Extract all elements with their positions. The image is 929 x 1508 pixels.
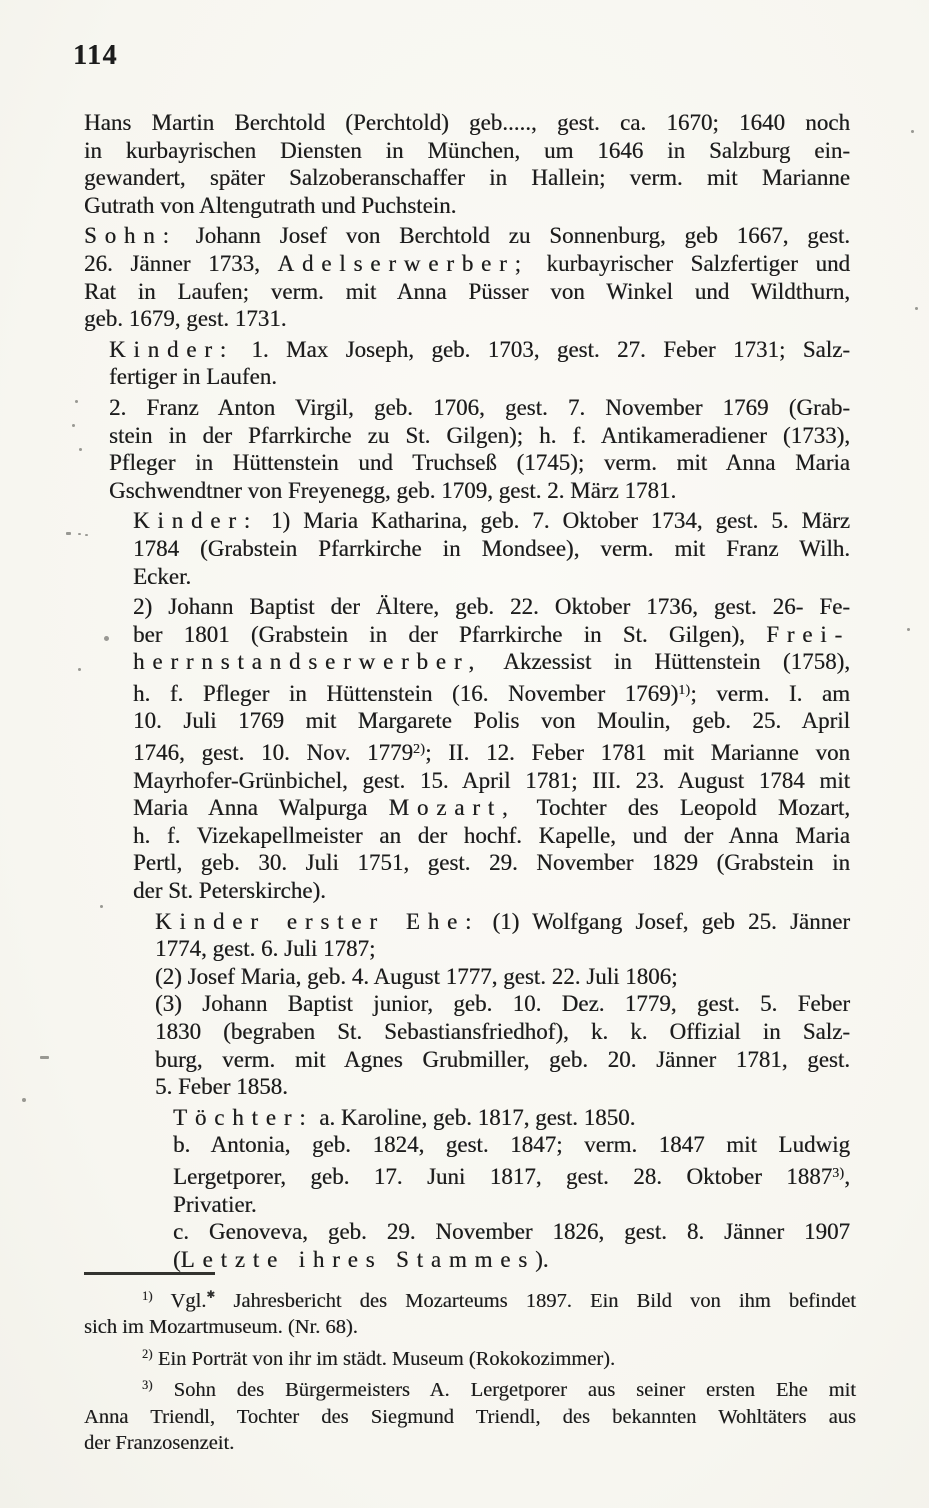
text-segment: Vgl.: [153, 1290, 207, 1312]
paragraph: Hans Martin Berchtold (Perchtold) geb...…: [84, 109, 850, 219]
text-segment: burg, verm. mit Agnes Grubmiller, geb. 2…: [155, 1047, 850, 1072]
text-segment: (2) Josef Maria, geb. 4. August 1777, ge…: [155, 964, 678, 989]
ink-blot-mark: ✱: [206, 1290, 215, 1301]
text-line: (3) Johann Baptist junior, geb. 10. Dez.…: [155, 990, 850, 1018]
text-segment: ; II. 12. Feber 1781 mit Marianne von: [425, 740, 850, 765]
text-line: der St. Peterskirche).: [133, 877, 850, 905]
text-line: burg, verm. mit Agnes Grubmiller, geb. 2…: [155, 1046, 850, 1074]
text-line: h. f. Pfleger in Hüttenstein (16. Novemb…: [133, 676, 850, 708]
text-line: 1774, gest. 6. Juli 1787;: [155, 935, 850, 963]
text-line: Privatier.: [173, 1191, 850, 1219]
text-segment: Anna Triendl, Tochter des Siegmund Trien…: [84, 1406, 856, 1428]
text-segment: in kurbayrischen Diensten in München, um…: [84, 138, 850, 163]
text-segment: a. Karoline, geb. 1817, gest. 1850.: [313, 1105, 635, 1130]
ink-speck: [40, 1056, 49, 1059]
text-segment: geb. 1679, gest. 1731.: [84, 306, 287, 331]
text-line: herrnstandserwerber, Akzessist in Hütten…: [133, 648, 850, 676]
footnote-divider-rule: [84, 1272, 215, 1275]
letterspaced-emphasis: Kinder erster Ehe:: [155, 909, 479, 934]
text-segment: Hans Martin Berchtold (Perchtold) geb...…: [84, 110, 850, 135]
text-line: Hans Martin Berchtold (Perchtold) geb...…: [84, 109, 850, 137]
text-line: fertiger in Laufen.: [109, 363, 850, 391]
text-segment: c. Genoveva, geb. 29. November 1826, ges…: [173, 1219, 850, 1244]
text-segment: (: [173, 1247, 181, 1272]
text-line: Lergetporer, geb. 17. Juni 1817, gest. 2…: [173, 1159, 850, 1191]
text-segment: h. f. Pfleger in Hüttenstein (16. Novemb…: [133, 681, 678, 706]
text-line: Töchter: a. Karoline, geb. 1817, gest. 1…: [173, 1104, 850, 1132]
text-line: Anna Triendl, Tochter des Siegmund Trien…: [84, 1404, 856, 1431]
ink-speck: [75, 400, 78, 403]
text-segment: 1. Max Joseph, geb. 1703, gest. 27. Febe…: [234, 337, 850, 362]
text-line: Maria Anna Walpurga Mozart, Tochter des …: [133, 794, 850, 822]
text-line: 1784 (Grabstein Pfarrkirche in Mondsee),…: [133, 535, 850, 563]
text-segment: der St. Peterskirche).: [133, 878, 326, 903]
text-line: h. f. Vizekapellmeister an der hochf. Ka…: [133, 822, 850, 850]
text-segment: 2. Franz Anton Virgil, geb. 1706, gest. …: [109, 395, 850, 420]
letterspaced-emphasis: Töchter:: [173, 1105, 313, 1130]
text-line: stein in der Pfarrkirche zu St. Gilgen);…: [109, 422, 850, 450]
text-segment: 5. Feber 1858.: [155, 1074, 288, 1099]
letterspaced-emphasis: Kinder:: [133, 508, 258, 533]
paragraph: 2. Franz Anton Virgil, geb. 1706, gest. …: [109, 394, 850, 504]
text-segment: Rat in Laufen; verm. mit Anna Püsser von…: [84, 279, 850, 304]
text-line: 10. Juli 1769 mit Margarete Polis von Mo…: [133, 707, 850, 735]
letterspaced-emphasis: Sohn:: [84, 223, 177, 248]
footnote-item: 1) Vgl.✱ Jahresbericht des Mozarteums 18…: [84, 1283, 856, 1341]
paragraph: 2) Johann Baptist der Ältere, geb. 22. O…: [133, 593, 850, 905]
text-line: Kinder: 1. Max Joseph, geb. 1703, gest. …: [109, 336, 850, 364]
text-line: b. Antonia, geb. 1824, gest. 1847; verm.…: [173, 1131, 850, 1159]
text-line: sich im Mozartmuseum. (Nr. 68).: [84, 1314, 856, 1341]
ink-speck: [85, 534, 88, 536]
text-segment: der Franzosenzeit.: [84, 1432, 234, 1454]
footnote-reference: 2): [142, 1347, 153, 1361]
text-line: 2. Franz Anton Virgil, geb. 1706, gest. …: [109, 394, 850, 422]
footnote-reference: 3): [832, 1165, 844, 1180]
text-body: Hans Martin Berchtold (Perchtold) geb...…: [84, 109, 850, 1276]
text-segment: ).: [535, 1247, 548, 1272]
text-segment: h. f. Vizekapellmeister an der hochf. Ka…: [133, 823, 850, 848]
text-line: Pertl, geb. 30. Juli 1751, gest. 29. Nov…: [133, 849, 850, 877]
text-line: 2) Johann Baptist der Ältere, geb. 22. O…: [133, 593, 850, 621]
ink-speck: [66, 532, 71, 535]
text-line: in kurbayrischen Diensten in München, um…: [84, 137, 850, 165]
text-segment: stein in der Pfarrkirche zu St. Gilgen);…: [109, 423, 850, 448]
text-segment: 26. Jänner 1733,: [84, 251, 278, 276]
letterspaced-emphasis: Adelserwerber;: [278, 251, 529, 276]
text-segment: Gutrath von Altengutrath und Puchstein.: [84, 193, 456, 218]
text-segment: Gschwendtner von Freyenegg, geb. 1709, g…: [109, 478, 676, 503]
footnote-list: 1) Vgl.✱ Jahresbericht des Mozarteums 18…: [84, 1283, 856, 1457]
text-line: Gutrath von Altengutrath und Puchstein.: [84, 192, 850, 220]
text-segment: 10. Juli 1769 mit Margarete Polis von Mo…: [133, 708, 850, 733]
letterspaced-emphasis: Frei-: [766, 622, 850, 647]
ink-speck: [100, 905, 103, 908]
letterspaced-emphasis: Letzte ihres Stammes: [181, 1247, 535, 1272]
letterspaced-emphasis: Kinder:: [109, 337, 234, 362]
text-line: 1746, gest. 10. Nov. 17792); II. 12. Feb…: [133, 735, 850, 767]
text-segment: 1774, gest. 6. Juli 1787;: [155, 936, 375, 961]
paragraph: Töchter: a. Karoline, geb. 1817, gest. 1…: [173, 1104, 850, 1274]
text-segment: Ein Porträt von ihr im städt. Museum (Ro…: [153, 1348, 615, 1370]
paragraph: Sohn: Johann Josef von Berchtold zu Sonn…: [84, 222, 850, 332]
text-segment: 1784 (Grabstein Pfarrkirche in Mondsee),…: [133, 536, 850, 561]
page-number: 114: [73, 40, 118, 72]
text-line: 26. Jänner 1733, Adelserwerber; kurbayri…: [84, 250, 850, 278]
text-segment: Mayrhofer-Grünbichel, gest. 15. April 17…: [133, 768, 850, 793]
text-line: Kinder erster Ehe: (1) Wolfgang Josef, g…: [155, 908, 850, 936]
text-line: Sohn: Johann Josef von Berchtold zu Sonn…: [84, 222, 850, 250]
text-line: 2) Ein Porträt von ihr im städt. Museum …: [84, 1341, 856, 1373]
text-segment: 1) Maria Katharina, geb. 7. Oktober 1734…: [258, 508, 850, 533]
paragraph: Kinder erster Ehe: (1) Wolfgang Josef, g…: [155, 908, 850, 1101]
letterspaced-emphasis: herrnstandserwerber,: [133, 649, 482, 674]
text-segment: sich im Mozartmuseum. (Nr. 68).: [84, 1316, 358, 1338]
text-line: Kinder: 1) Maria Katharina, geb. 7. Okto…: [133, 507, 850, 535]
text-segment: 1746, gest. 10. Nov. 1779: [133, 740, 413, 765]
text-segment: Tochter des Leopold Mozart,: [516, 795, 850, 820]
text-segment: Sohn des Bürgermeisters A. Lergetporer a…: [153, 1379, 856, 1401]
text-segment: Pfleger in Hüttenstein und Truchseß (174…: [109, 450, 850, 475]
text-line: Rat in Laufen; verm. mit Anna Püsser von…: [84, 278, 850, 306]
paragraph: Kinder: 1) Maria Katharina, geb. 7. Okto…: [133, 507, 850, 590]
ink-speck: [104, 636, 109, 641]
text-segment: Johann Josef von Berchtold zu Sonnenburg…: [177, 223, 850, 248]
footnote-reference: 1): [142, 1289, 153, 1303]
text-segment: (3) Johann Baptist junior, geb. 10. Dez.…: [155, 991, 850, 1016]
text-segment: ,: [844, 1164, 850, 1189]
text-line: 5. Feber 1858.: [155, 1073, 850, 1101]
ink-speck: [907, 628, 910, 631]
text-segment: ber 1801 (Grabstein in der Pfarrkirche i…: [133, 622, 766, 647]
text-line: 1) Vgl.✱ Jahresbericht des Mozarteums 18…: [84, 1283, 856, 1315]
ink-speck: [72, 424, 75, 427]
text-segment: Ecker.: [133, 564, 191, 589]
footnote-item: 3) Sohn des Bürgermeisters A. Lergetpore…: [84, 1372, 856, 1457]
text-segment: Maria Anna Walpurga: [133, 795, 389, 820]
text-segment: kurbayrischer Salzfertiger und: [529, 251, 850, 276]
text-line: der Franzosenzeit.: [84, 1430, 856, 1457]
text-line: (2) Josef Maria, geb. 4. August 1777, ge…: [155, 963, 850, 991]
footnote-item: 2) Ein Porträt von ihr im städt. Museum …: [84, 1341, 856, 1373]
text-segment: Lergetporer, geb. 17. Juni 1817, gest. 2…: [173, 1164, 832, 1189]
text-line: ber 1801 (Grabstein in der Pfarrkirche i…: [133, 621, 850, 649]
footnote-reference: 2): [413, 741, 425, 756]
text-line: Mayrhofer-Grünbichel, gest. 15. April 17…: [133, 767, 850, 795]
text-line: gewandert, später Salzoberanschaffer in …: [84, 164, 850, 192]
ink-speck: [78, 533, 81, 535]
text-line: 1830 (begraben St. Sebastiansfriedhof), …: [155, 1018, 850, 1046]
text-line: Gschwendtner von Freyenegg, geb. 1709, g…: [109, 477, 850, 505]
text-segment: Privatier.: [173, 1192, 257, 1217]
text-segment: b. Antonia, geb. 1824, gest. 1847; verm.…: [173, 1132, 850, 1157]
text-segment: gewandert, später Salzoberanschaffer in …: [84, 165, 850, 190]
paragraph: Kinder: 1. Max Joseph, geb. 1703, gest. …: [109, 336, 850, 391]
text-line: Ecker.: [133, 563, 850, 591]
footnote-reference: 3): [142, 1378, 153, 1392]
text-segment: Pertl, geb. 30. Juli 1751, gest. 29. Nov…: [133, 850, 850, 875]
ink-speck: [78, 668, 81, 671]
footnote-section: 1) Vgl.✱ Jahresbericht des Mozarteums 18…: [84, 1272, 856, 1457]
text-segment: Akzessist in Hüttenstein (1758),: [482, 649, 850, 674]
letterspaced-emphasis: Mozart,: [389, 795, 516, 820]
ink-speck: [911, 130, 914, 133]
scanned-book-page: 114 Hans Martin Berchtold (Perchtold) ge…: [0, 0, 929, 1508]
text-line: c. Genoveva, geb. 29. November 1826, ges…: [173, 1218, 850, 1246]
text-segment: (1) Wolfgang Josef, geb 25. Jänner: [479, 909, 850, 934]
text-line: (Letzte ihres Stammes).: [173, 1246, 850, 1274]
footnote-reference: 1): [678, 682, 690, 697]
text-segment: 2) Johann Baptist der Ältere, geb. 22. O…: [133, 594, 850, 619]
ink-speck: [79, 448, 82, 451]
ink-speck: [22, 1098, 26, 1102]
text-segment: fertiger in Laufen.: [109, 364, 277, 389]
text-segment: Jahresbericht des Mozarteums 1897. Ein B…: [215, 1290, 856, 1312]
text-line: 3) Sohn des Bürgermeisters A. Lergetpore…: [84, 1372, 856, 1404]
text-segment: ; verm. I. am: [690, 681, 850, 706]
text-segment: 1830 (begraben St. Sebastiansfriedhof), …: [155, 1019, 850, 1044]
ink-speck: [915, 307, 918, 310]
text-line: Pfleger in Hüttenstein und Truchseß (174…: [109, 449, 850, 477]
text-line: geb. 1679, gest. 1731.: [84, 305, 850, 333]
